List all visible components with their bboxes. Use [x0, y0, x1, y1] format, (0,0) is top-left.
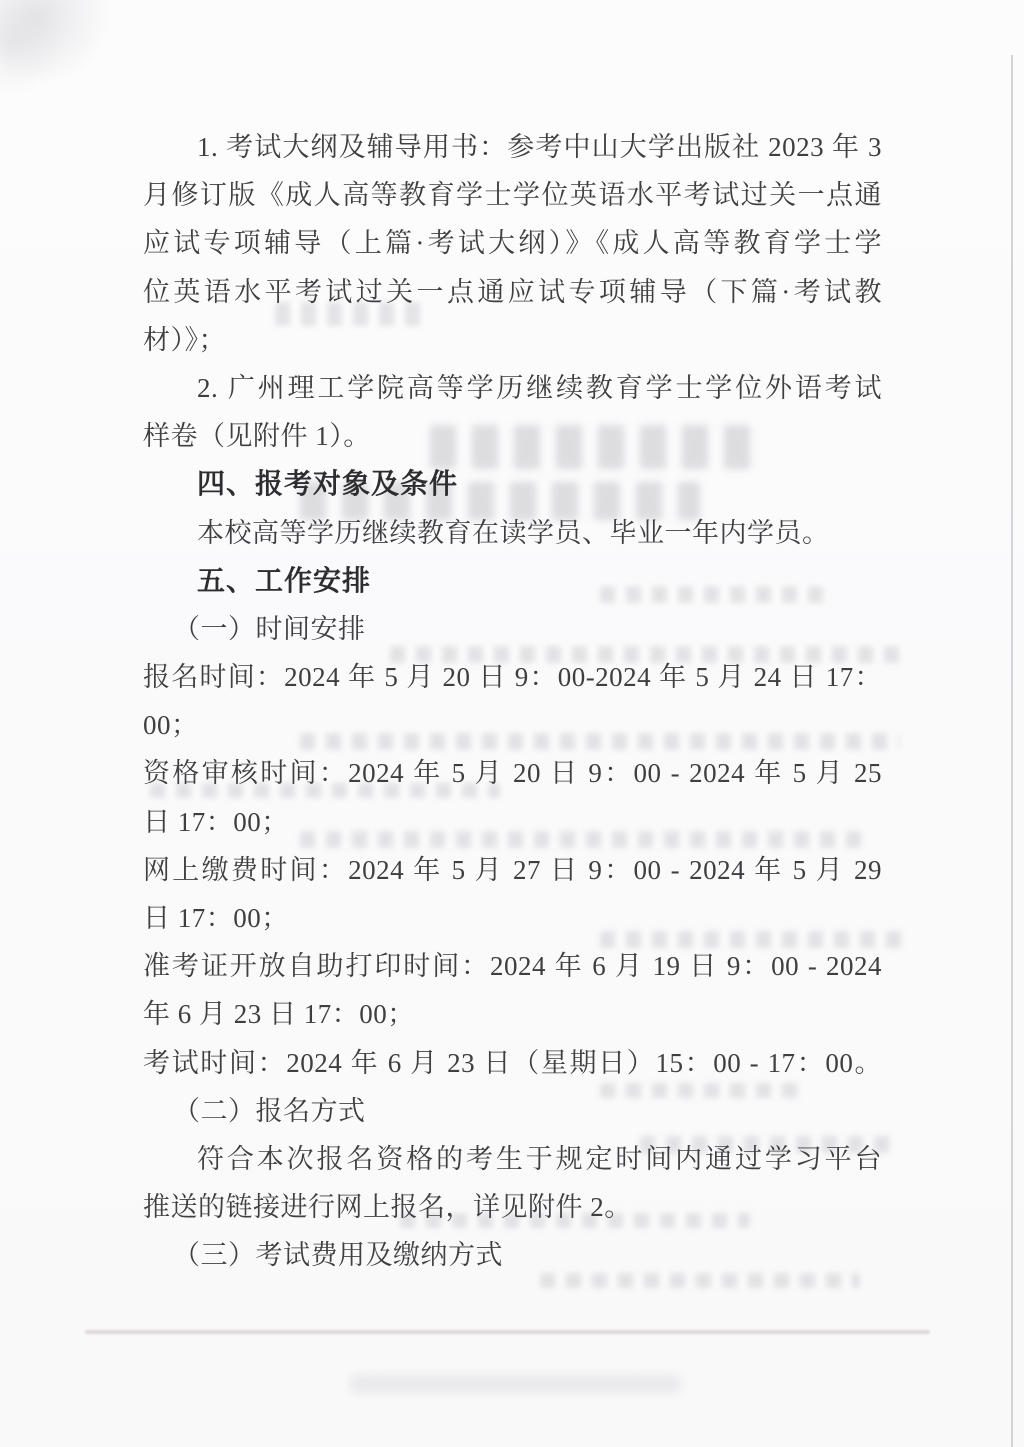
doc-line: 应试专项辅导（上篇·考试大纲）》《成人高等教育学士学	[143, 219, 882, 267]
doc-line: （二）报名方式	[143, 1087, 882, 1135]
doc-line: 年 6 月 23 日 17：00；	[143, 990, 882, 1038]
doc-line: 网上缴费时间：2024 年 5 月 27 日 9：00 - 2024 年 5 月…	[143, 846, 882, 894]
doc-line: 推送的链接进行网上报名，详见附件 2。	[143, 1183, 882, 1231]
doc-line: 五、工作安排	[143, 557, 882, 605]
doc-line: 本校高等学历继续教育在读学员、毕业一年内学员。	[143, 509, 882, 557]
doc-line: 考试时间：2024 年 6 月 23 日（星期日）15：00 - 17：00。	[143, 1039, 882, 1087]
document-body: 1. 考试大纲及辅导用书：参考中山大学出版社 2023 年 3月修订版《成人高等…	[143, 123, 882, 1280]
doc-line: 2. 广州理工学院高等学历继续教育学士学位外语考试	[143, 364, 882, 412]
doc-line: 日 17：00；	[143, 798, 882, 846]
doc-line: 位英语水平考试过关一点通应试专项辅导（下篇·考试教	[143, 268, 882, 316]
doc-line: 样卷（见附件 1）。	[143, 412, 882, 460]
doc-line: 日 17：00；	[143, 894, 882, 942]
doc-line: （三）考试费用及缴纳方式	[143, 1231, 882, 1279]
doc-line: 材）》；	[143, 316, 882, 364]
doc-line: 四、报考对象及条件	[143, 460, 882, 508]
doc-line: 月修订版《成人高等教育学士学位英语水平考试过关一点通	[143, 171, 882, 219]
scan-page-edge	[1011, 55, 1013, 1447]
doc-line: 00；	[143, 701, 882, 749]
doc-line: 准考证开放自助打印时间：2024 年 6 月 19 日 9：00 - 2024	[143, 942, 882, 990]
doc-line: 报名时间：2024 年 5 月 20 日 9：00-2024 年 5 月 24 …	[143, 653, 882, 701]
doc-line: 1. 考试大纲及辅导用书：参考中山大学出版社 2023 年 3	[143, 123, 882, 171]
doc-line: 符合本次报名资格的考生于规定时间内通过学习平台	[143, 1135, 882, 1183]
doc-line: （一）时间安排	[143, 605, 882, 653]
bleed-through-smudge	[350, 1375, 680, 1393]
scanned-document-page: 1. 考试大纲及辅导用书：参考中山大学出版社 2023 年 3月修订版《成人高等…	[0, 0, 1024, 1447]
bleed-through-line	[85, 1330, 930, 1334]
doc-line: 资格审核时间：2024 年 5 月 20 日 9：00 - 2024 年 5 月…	[143, 749, 882, 797]
